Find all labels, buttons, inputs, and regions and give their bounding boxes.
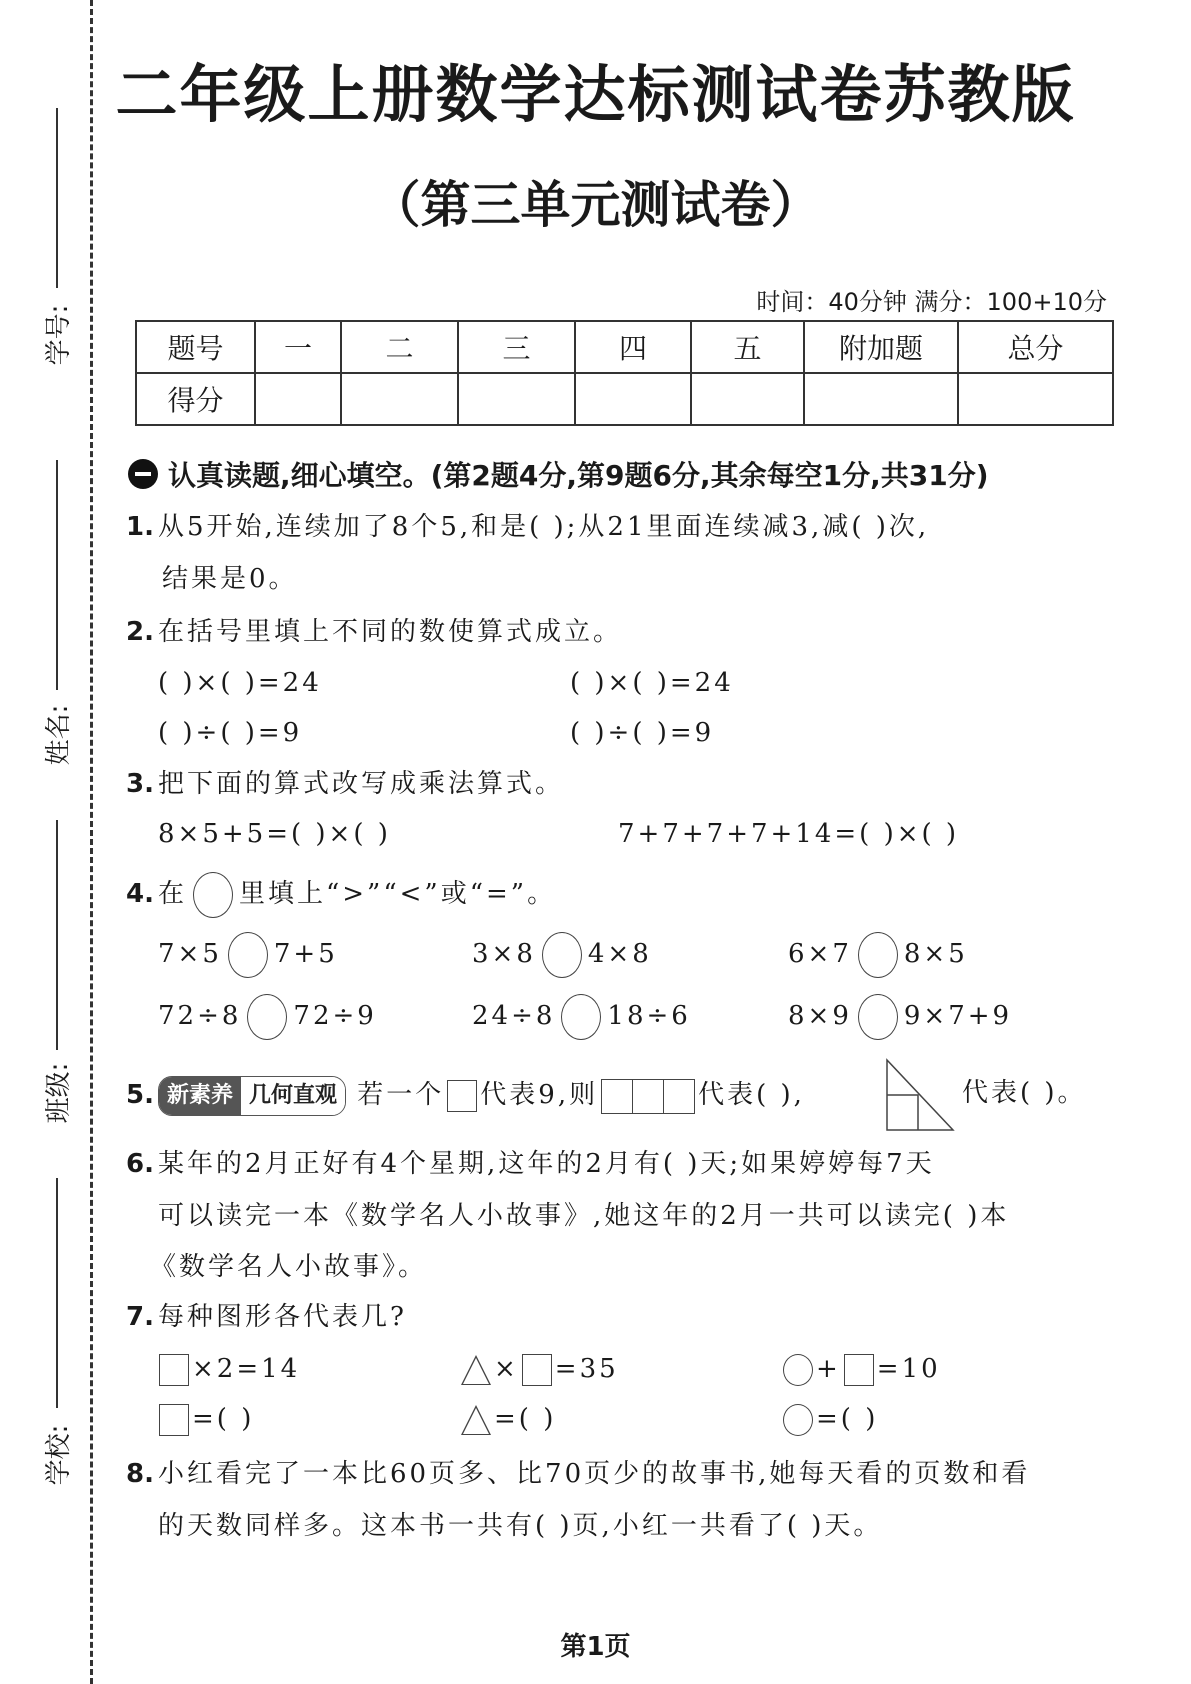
circled-one-icon — [128, 459, 158, 489]
expr-right: 8×5 — [904, 939, 968, 969]
question-number: 6. — [126, 1149, 154, 1179]
question-5: 5.新素养几何直观 若一个代表9,则代表( ), — [126, 1076, 805, 1116]
triangle-figure-icon — [885, 1058, 955, 1132]
square-icon — [844, 1354, 874, 1386]
question-4: 4.在里填上“>”“<”或“=”。 — [126, 872, 556, 918]
question-text: 里填上“>”“<”或“=”。 — [239, 879, 556, 909]
q5-answer-2[interactable]: 代表( )。 — [962, 1076, 1087, 1110]
column-header: 五 — [691, 321, 804, 373]
question-8: 8.小红看完了一本比60页多、比70页少的故事书,她每天看的页数和看 — [126, 1457, 1030, 1491]
student-id-label: 学号: — [44, 300, 74, 370]
question-text: 每种图形各代表几? — [158, 1302, 407, 1332]
column-header: 二 — [341, 321, 458, 373]
circle-icon — [783, 1354, 813, 1386]
answer-blank: =( ) — [816, 1404, 878, 1434]
question-text[interactable]: 代表( ), — [698, 1080, 805, 1110]
q7-eq-2: ×=35 — [458, 1352, 619, 1386]
compare-circle[interactable] — [542, 932, 582, 978]
square-icon — [522, 1354, 552, 1386]
class-label: 班级: — [44, 1058, 74, 1128]
question-number: 7. — [126, 1302, 154, 1332]
equation-text: =35 — [555, 1354, 619, 1384]
question-number: 2. — [126, 617, 154, 647]
equation-text: ×2=14 — [192, 1354, 300, 1384]
question-text: 某年的2月正好有4个星期,这年的2月有( )天;如果婷婷每7天 — [158, 1149, 935, 1179]
compare-circle[interactable] — [858, 994, 898, 1040]
expr-right: 7+5 — [274, 939, 338, 969]
expr-right: 18÷6 — [607, 1001, 690, 1031]
page-title: 二年级上册数学达标测试卷苏教版 — [0, 55, 1191, 135]
column-header: 总分 — [958, 321, 1113, 373]
question-number: 4. — [126, 879, 154, 909]
compare-circle[interactable] — [858, 932, 898, 978]
score-cell[interactable] — [804, 373, 958, 425]
school-label: 学校: — [44, 1420, 74, 1490]
section-heading-text: 认真读题,细心填空。(第2题4分,第9题6分,其余每空1分,共31分) — [168, 459, 989, 492]
question-3: 3.把下面的算式改写成乘法算式。 — [126, 767, 564, 801]
equation-text: + — [816, 1354, 841, 1384]
expr-left: 8×9 — [788, 1001, 852, 1031]
expr-right: 9×7+9 — [904, 1001, 1012, 1031]
page-subtitle: （第三单元测试卷） — [0, 170, 1191, 240]
question-number: 8. — [126, 1459, 154, 1489]
square-icon — [159, 1354, 189, 1386]
q7-eq-3: +=10 — [780, 1352, 941, 1386]
q7-answer-triangle[interactable]: =( ) — [458, 1402, 556, 1436]
question-text: 在 — [158, 879, 187, 909]
question-6-cont: 可以读完一本《数学名人小故事》,她这年的2月一共可以读完( )本 — [158, 1199, 1009, 1233]
three-squares-icon — [601, 1079, 695, 1114]
compare-circle[interactable] — [247, 994, 287, 1040]
question-6: 6.某年的2月正好有4个星期,这年的2月有( )天;如果婷婷每7天 — [126, 1147, 935, 1181]
expr-left: 7×5 — [158, 939, 222, 969]
row-label: 得分 — [136, 373, 255, 425]
q2-blank-1[interactable]: ( )×( )=24 — [158, 666, 322, 700]
q3-item-1[interactable]: 8×5+5=( )×( ) — [158, 817, 391, 851]
question-number: 3. — [126, 769, 154, 799]
q2-blank-4[interactable]: ( )÷( )=9 — [570, 716, 714, 750]
q3-item-2[interactable]: 7+7+7+7+14=( )×( ) — [618, 817, 959, 851]
table-row-score: 得分 — [136, 373, 1113, 425]
question-text: 若一个 — [357, 1080, 444, 1110]
question-text: 从5开始,连续加了8个5,和是( );从21里面连续减3,减( )次, — [158, 512, 929, 542]
tag-primary: 新素养 — [159, 1077, 241, 1115]
circle-icon — [193, 872, 233, 918]
exam-meta: 时间：40分钟 满分：100+10分 — [756, 286, 1107, 318]
score-cell[interactable] — [341, 373, 458, 425]
school-line — [56, 1178, 58, 1408]
score-cell[interactable] — [691, 373, 804, 425]
tag-secondary: 几何直观 — [241, 1077, 345, 1115]
table-row-header: 题号 一 二 三 四 五 附加题 总分 — [136, 321, 1113, 373]
section-heading: 认真读题,细心填空。(第2题4分,第9题6分,其余每空1分,共31分) — [128, 458, 989, 494]
expr-left: 6×7 — [788, 939, 852, 969]
score-cell[interactable] — [575, 373, 691, 425]
q2-blank-2[interactable]: ( )×( )=24 — [570, 666, 734, 700]
column-header: 一 — [255, 321, 341, 373]
page-number: 第1页 — [0, 1626, 1191, 1663]
column-header: 三 — [458, 321, 575, 373]
q7-answer-circle[interactable]: =( ) — [780, 1402, 878, 1436]
square-icon — [159, 1404, 189, 1436]
question-2: 2.在括号里填上不同的数使算式成立。 — [126, 615, 622, 649]
expr-left: 72÷8 — [158, 1001, 241, 1031]
question-text: 代表9,则 — [480, 1080, 598, 1110]
literacy-tag: 新素养几何直观 — [158, 1076, 346, 1116]
compare-item: 7×57+5 — [158, 932, 338, 978]
square-icon — [447, 1080, 477, 1112]
score-table: 题号 一 二 三 四 五 附加题 总分 得分 — [135, 320, 1114, 426]
compare-item: 3×84×8 — [472, 932, 652, 978]
column-header: 附加题 — [804, 321, 958, 373]
q7-answer-square[interactable]: =( ) — [156, 1402, 254, 1436]
question-number: 1. — [126, 512, 154, 542]
name-label: 姓名: — [44, 700, 74, 770]
question-1-cont: 结果是0。 — [162, 562, 298, 596]
name-line — [56, 460, 58, 690]
question-text: 小红看完了一本比60页多、比70页少的故事书,她每天看的页数和看 — [158, 1459, 1030, 1489]
question-text: 在括号里填上不同的数使算式成立。 — [158, 617, 622, 647]
compare-circle[interactable] — [561, 994, 601, 1040]
triangle-icon — [461, 1405, 491, 1435]
compare-item: 6×78×5 — [788, 932, 968, 978]
circle-icon — [783, 1404, 813, 1436]
q2-blank-3[interactable]: ( )÷( )=9 — [158, 716, 302, 750]
compare-circle[interactable] — [228, 932, 268, 978]
cut-line — [90, 0, 93, 1684]
question-1: 1.从5开始,连续加了8个5,和是( );从21里面连续减3,减( )次, — [126, 510, 929, 544]
answer-blank: =( ) — [494, 1404, 556, 1434]
question-6-cont: 《数学名人小故事》。 — [150, 1250, 427, 1284]
expr-left: 3×8 — [472, 939, 536, 969]
score-cell[interactable] — [958, 373, 1113, 425]
compare-item: 72÷872÷9 — [158, 994, 377, 1040]
row-label: 题号 — [136, 321, 255, 373]
compare-item: 8×99×7+9 — [788, 994, 1012, 1040]
q7-eq-1: ×2=14 — [156, 1352, 300, 1386]
question-number: 5. — [126, 1080, 154, 1110]
expr-left: 24÷8 — [472, 1001, 555, 1031]
expr-right: 72÷9 — [293, 1001, 376, 1031]
question-text: 把下面的算式改写成乘法算式。 — [158, 769, 564, 799]
expr-right: 4×8 — [588, 939, 652, 969]
equation-text: =10 — [877, 1354, 941, 1384]
question-7: 7.每种图形各代表几? — [126, 1300, 407, 1334]
score-cell[interactable] — [255, 373, 341, 425]
class-line — [56, 820, 58, 1050]
column-header: 四 — [575, 321, 691, 373]
triangle-icon — [461, 1355, 491, 1385]
equation-text: × — [494, 1354, 519, 1384]
compare-item: 24÷818÷6 — [472, 994, 691, 1040]
score-cell[interactable] — [458, 373, 575, 425]
question-8-cont: 的天数同样多。这本书一共有( )页,小红一共看了( )天。 — [158, 1509, 882, 1543]
answer-blank: =( ) — [192, 1404, 254, 1434]
